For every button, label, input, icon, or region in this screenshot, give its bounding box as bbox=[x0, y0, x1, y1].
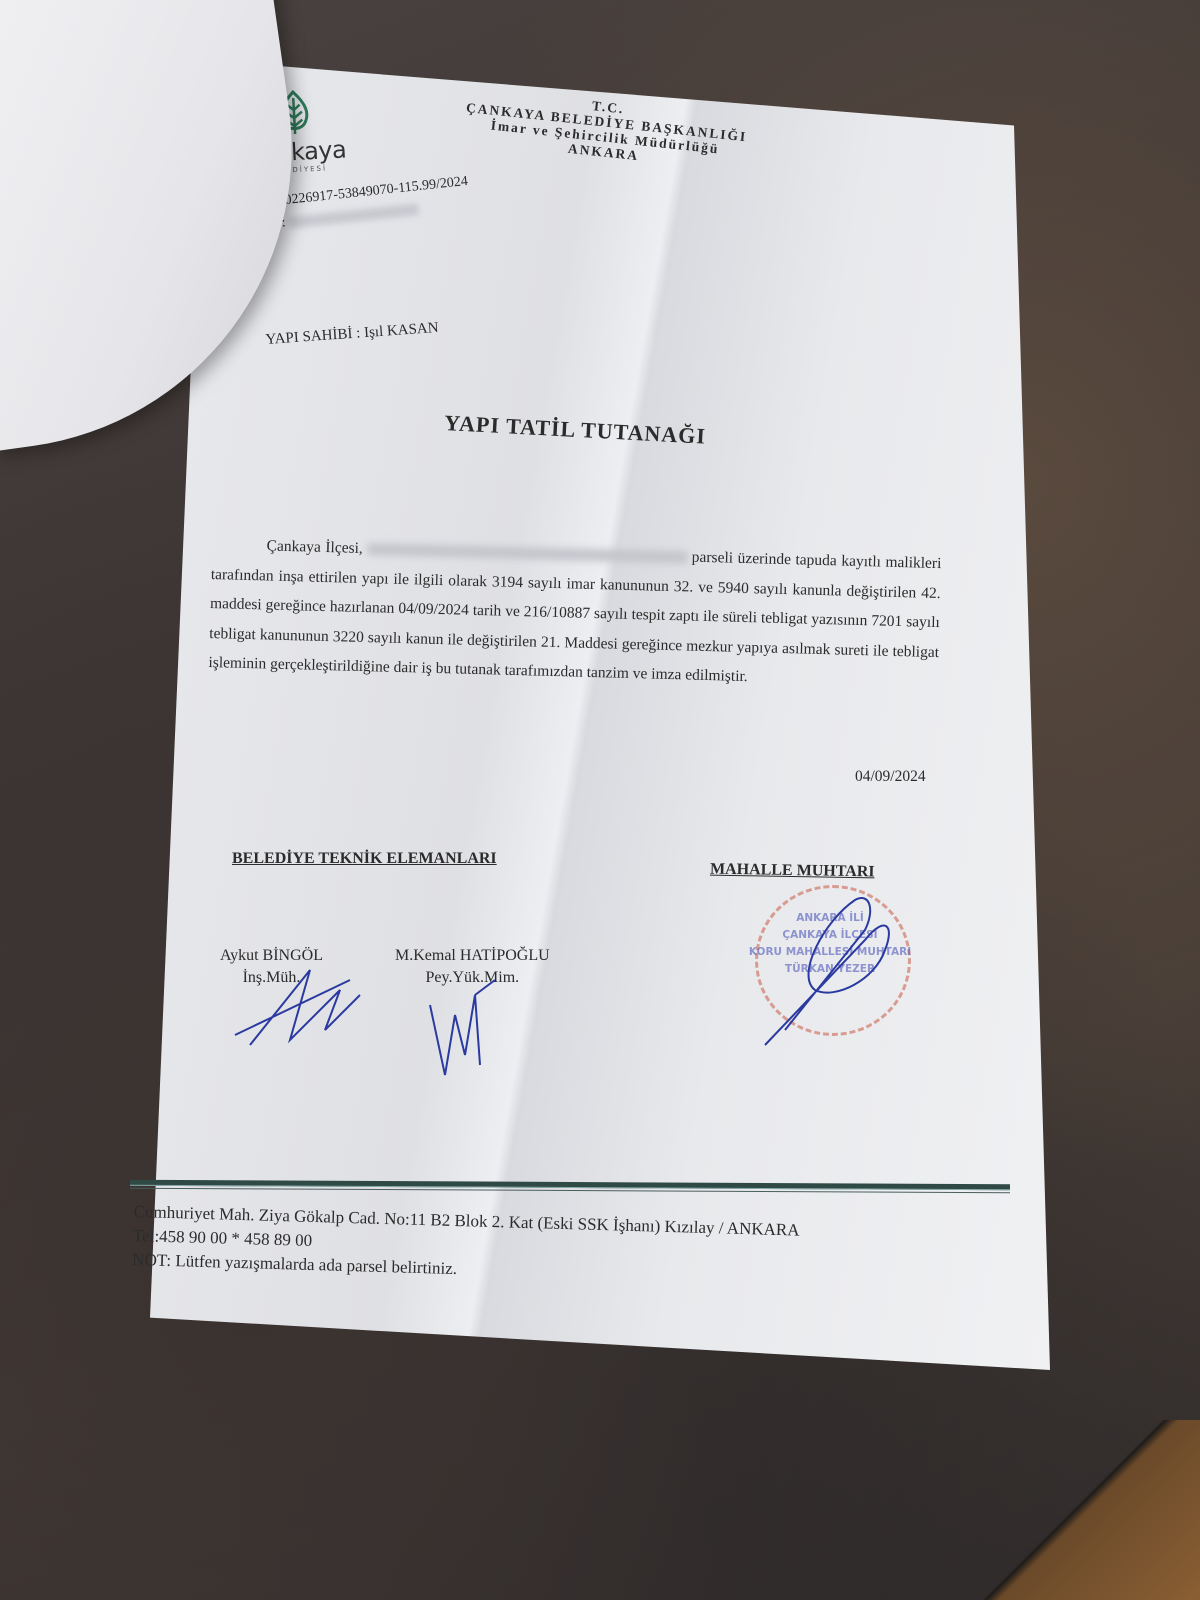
table-edge bbox=[960, 1420, 1200, 1600]
signatory-2: M.Kemal HATİPOĞLU Pey.Yük.Mim. bbox=[395, 945, 550, 989]
body-text: parseli üzerinde tapuda kayıtlı malikler… bbox=[208, 549, 941, 685]
owner-label: YAPI SAHİBİ : bbox=[265, 325, 361, 348]
body-lead: Çankaya İlçesi, bbox=[266, 537, 363, 557]
official-stamp: ANKARA İLİ ÇANKAYA İLÇESİ KORU MAHALLESİ… bbox=[725, 880, 925, 1040]
document-content: Çankaya BELEDİYESİ T.C. ÇANKAYA BELEDİYE… bbox=[150, 60, 1050, 1370]
owner-value: Işıl KASAN bbox=[364, 320, 440, 341]
document-title: YAPI TATİL TUTANAĞI bbox=[444, 410, 707, 450]
technical-staff-heading: BELEDİYE TEKNİK ELEMANLARI bbox=[232, 850, 497, 868]
neighborhood-head-heading: MAHALLE MUHTARI bbox=[710, 861, 875, 882]
letterhead: T.C. ÇANKAYA BELEDİYE BAŞKANLIĞI İmar ve… bbox=[434, 82, 778, 177]
signatory-1-name: Aykut BİNGÖL bbox=[220, 945, 323, 967]
parcel-redacted bbox=[367, 544, 687, 564]
building-owner: YAPI SAHİBİ : Işıl KASAN bbox=[265, 320, 439, 349]
document-body: Çankaya İlçesi, parseli üzerinde tapuda … bbox=[208, 530, 942, 697]
signatory-2-name: M.Kemal HATİPOĞLU bbox=[395, 945, 550, 967]
signature-3-icon bbox=[725, 880, 935, 1050]
signature-2-icon bbox=[425, 975, 505, 1085]
footer: Cumhuriyet Mah. Ziya Gökalp Cad. No:11 B… bbox=[132, 1200, 800, 1291]
signatory-1-title: İnş.Müh. bbox=[220, 967, 323, 989]
document-date: 04/09/2024 bbox=[855, 768, 926, 786]
signatory-1: Aykut BİNGÖL İnş.Müh. bbox=[220, 945, 323, 989]
signatory-2-title: Pey.Yük.Mim. bbox=[395, 967, 550, 989]
